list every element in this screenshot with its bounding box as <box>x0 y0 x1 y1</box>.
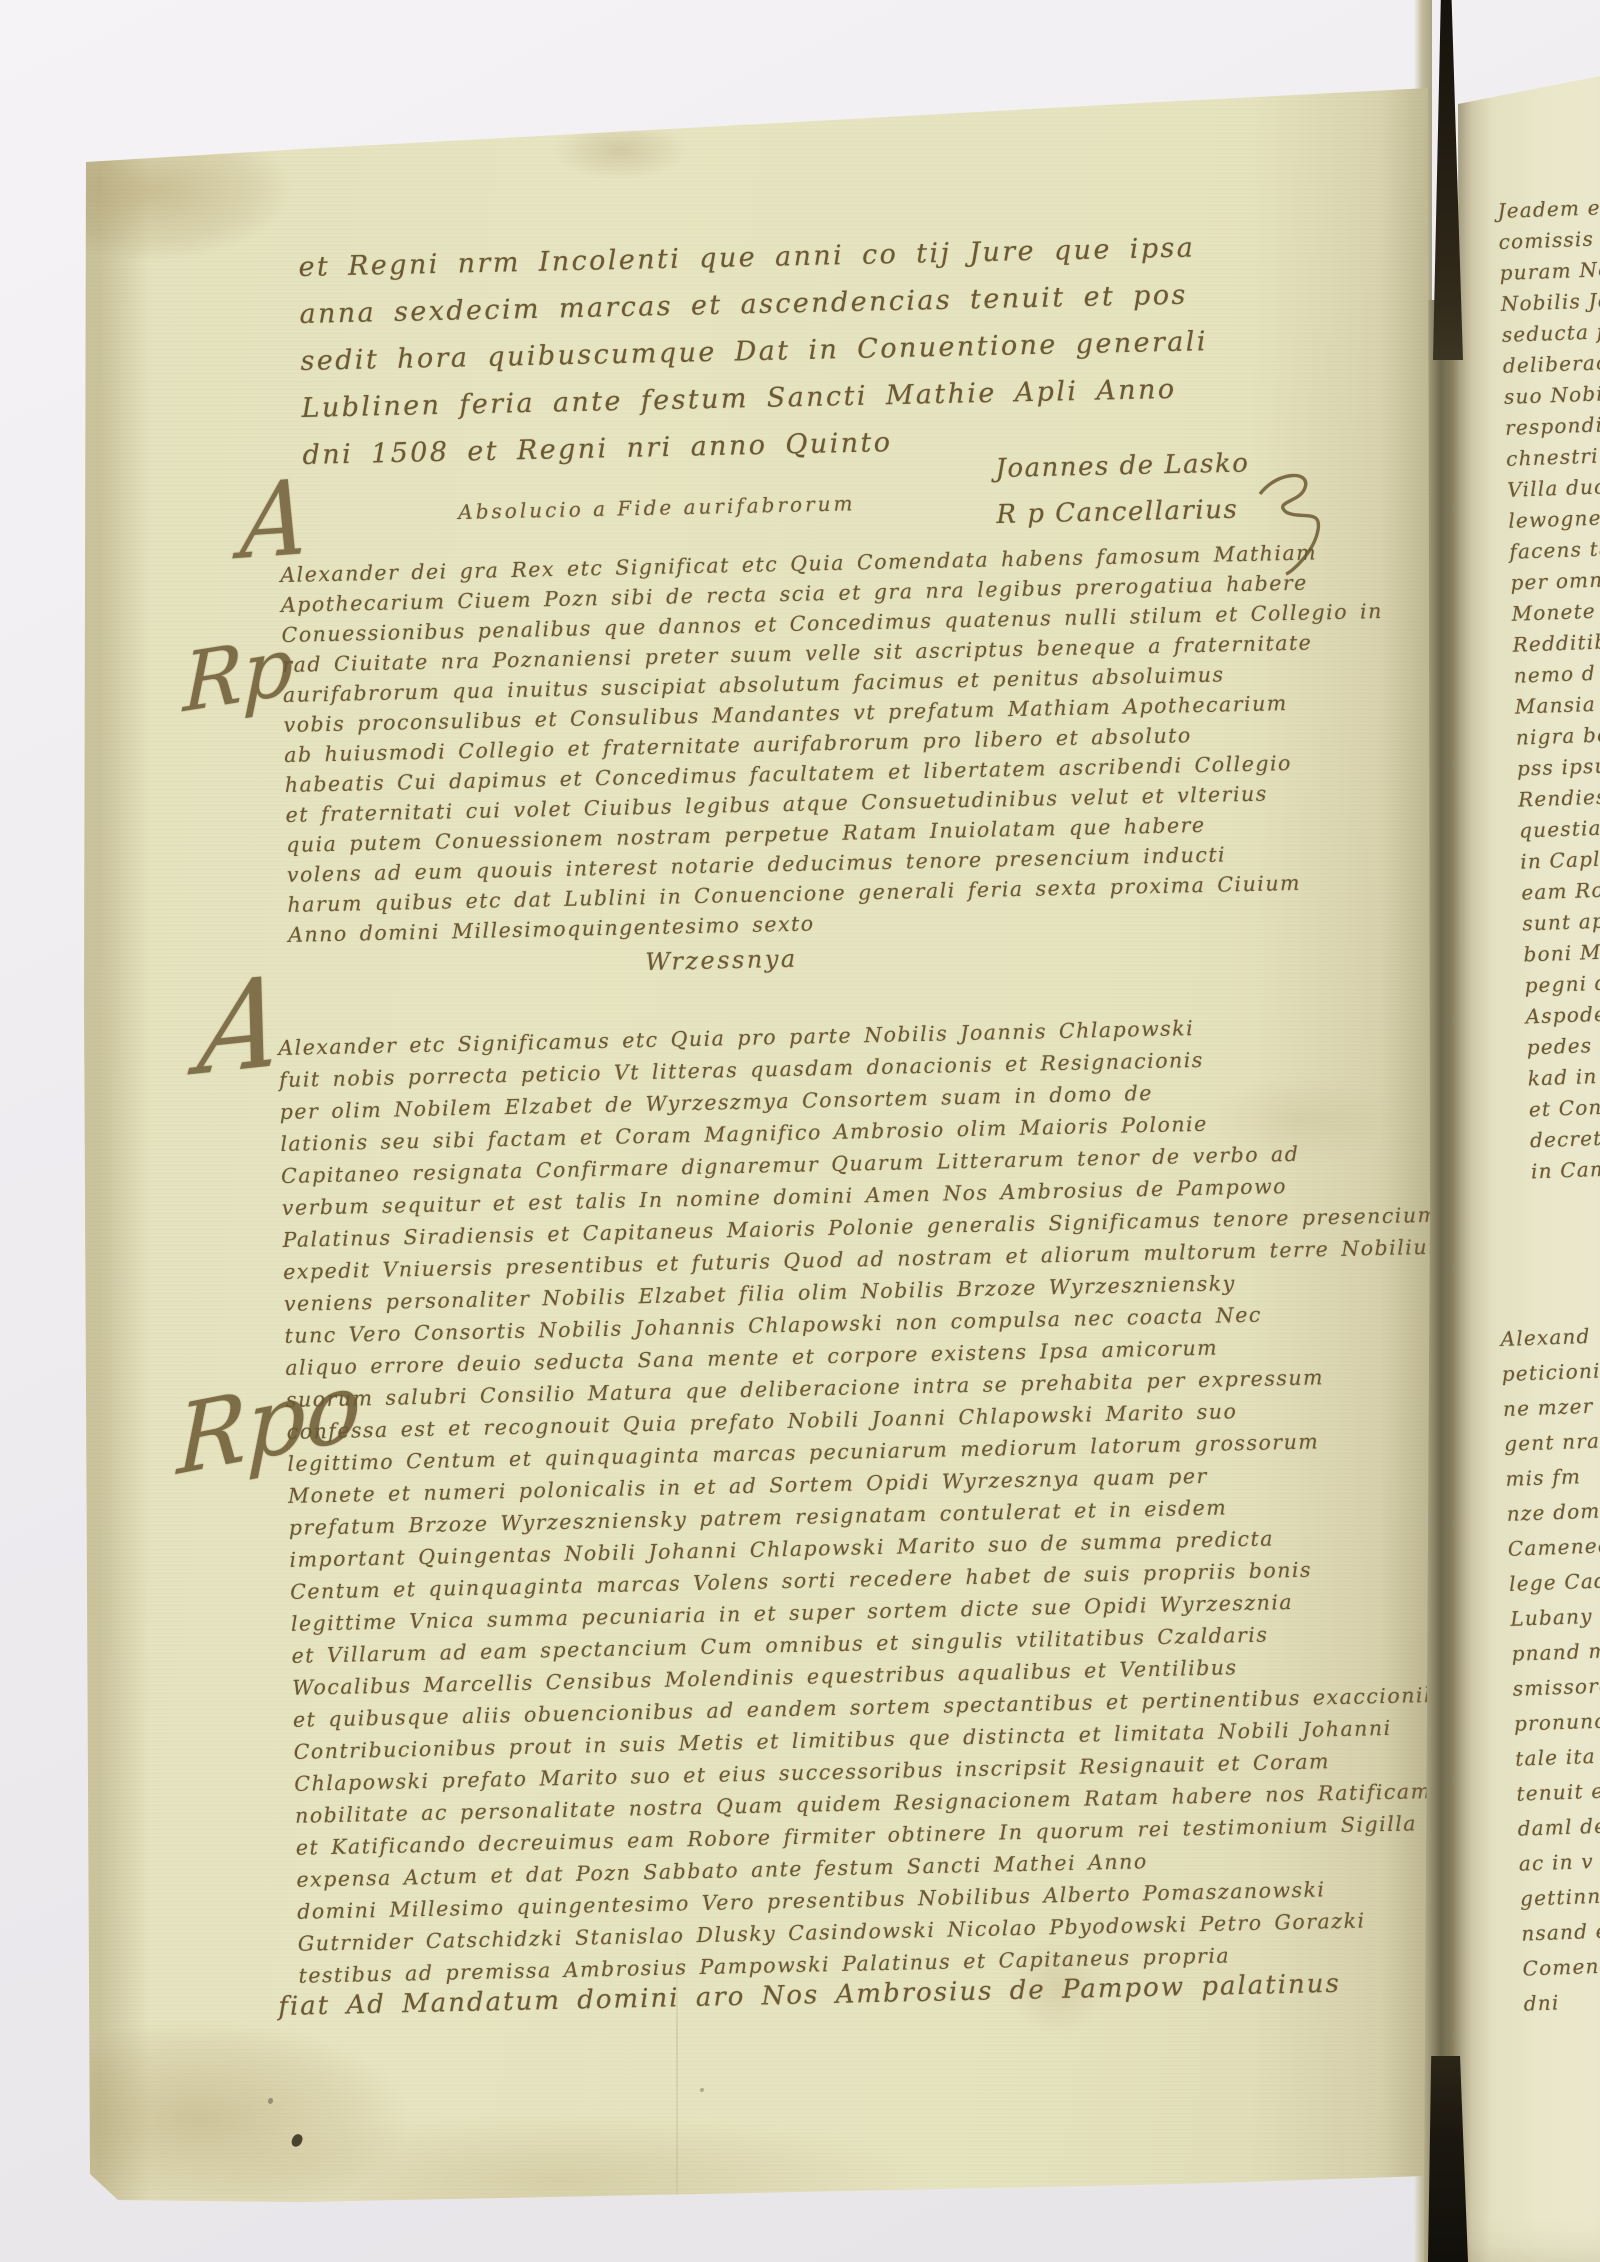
right-page-text-line: Camenec <box>1507 1528 1600 1567</box>
right-page-text-line: Jeadem et Ca <box>1497 191 1600 227</box>
right-page-upper-text: Jeadem et Cacomissis pipuram NoblNobilis… <box>1497 191 1600 1188</box>
right-page-text-line: per omn m <box>1510 563 1600 599</box>
right-page-text-line: pegni de <box>1524 965 1600 1001</box>
right-page-text-line: lewogneby <box>1508 501 1600 537</box>
right-page-text-line: Monete et <box>1511 594 1600 630</box>
right-page-text-line: ne mzer <box>1502 1388 1600 1427</box>
record-entry-2-body: Alexander dei gra Rex etc Significat etc… <box>280 536 1390 950</box>
right-page-text-line: sunt appen <box>1522 903 1600 939</box>
right-page-text-line: mis fm <box>1505 1458 1600 1497</box>
right-page-text-line: et Consum <box>1528 1089 1600 1125</box>
entry-2-margin-mark: Rp <box>182 619 294 731</box>
right-page-text-line: lege Cad <box>1509 1563 1600 1602</box>
right-page-text-line: Nobilis Joha <box>1500 284 1600 320</box>
right-page-lower-text: Alexandpeticionibne mzergent nramis fmnz… <box>1500 1318 1600 2022</box>
right-page-text-line: nemo d <box>1513 655 1600 691</box>
right-page-text-line: nigra beczt <box>1515 717 1600 753</box>
right-page-text-line: Mansia et <box>1514 686 1600 722</box>
right-page-text-line: gettinns <box>1520 1877 1600 1916</box>
right-page-text-line: Villa duce <box>1507 470 1600 506</box>
right-page-text-line: nsand e <box>1521 1912 1600 1951</box>
record-entry-1-body: et Regni nrm Incolenti que anni co tij J… <box>298 224 1210 479</box>
right-page-text-line: in Camer <box>1531 1151 1600 1187</box>
right-page-text-line: eam Robur <box>1521 872 1600 908</box>
right-page-text-line: pnand m <box>1511 1633 1600 1672</box>
right-page-text-line: chnestri et <box>1506 439 1600 475</box>
right-page-text-line: in Capliczk <box>1520 841 1600 877</box>
right-page-text-line: seducta fam <box>1501 315 1600 351</box>
entry-3-initial-letter: A <box>191 950 292 1104</box>
signature-name: Joannes de Lasko <box>995 440 1250 492</box>
signature-title: R p Cancellarius <box>996 486 1251 538</box>
right-page-text-line: suo Nobilem <box>1503 377 1600 413</box>
right-page-text-line: dni <box>1523 1982 1600 2021</box>
right-page-text-line: ac in v <box>1518 1842 1600 1881</box>
entry-3-heading: Wrzessnya <box>645 945 798 976</box>
right-page-text-line: tenuit e <box>1516 1773 1600 1812</box>
right-page-text-line: smissore <box>1512 1668 1600 1707</box>
right-page-text-line: daml de <box>1517 1807 1600 1846</box>
right-page-text-line: deliberacion <box>1502 346 1600 382</box>
right-page-text-line: peticionib <box>1501 1353 1600 1392</box>
manuscript-book-scan: Jeadem et Cacomissis pipuram NoblNobilis… <box>0 0 1600 2262</box>
right-page-text-line: questia <box>1519 810 1600 846</box>
right-page-text-line: facens tam <box>1509 532 1600 568</box>
right-page-text-line: pronuncial <box>1513 1703 1600 1742</box>
ink-speck <box>700 2088 704 2092</box>
right-page-text-line: boni Ma <box>1523 934 1600 970</box>
right-page-text-line: respondita m <box>1505 408 1600 444</box>
right-page-text-line: gent nra <box>1504 1423 1600 1462</box>
ink-speck <box>268 2098 273 2104</box>
manuscript-page-left: et Regni nrm Incolenti que anni co tij J… <box>0 0 1600 2262</box>
chancellor-signature: Joannes de Lasko R p Cancellarius <box>995 440 1251 538</box>
right-page-text-line: Redditibq <box>1512 625 1600 661</box>
right-page-text-line: decreto n <box>1529 1120 1600 1156</box>
right-page-text-line: Alexand <box>1500 1318 1600 1357</box>
right-page-text-line: Comenda <box>1522 1947 1600 1986</box>
entry-2-heading: Absolucio a Fide aurifabrorum <box>458 491 856 524</box>
record-entry-3-body: Alexander etc Significamus etc Quia pro … <box>278 1006 1471 1991</box>
right-page-text-line: kad in d <box>1527 1058 1600 1094</box>
right-page-text-line: Lubany <box>1510 1598 1600 1637</box>
right-page-text-line: pedes at t <box>1526 1027 1600 1063</box>
right-page-text-line: puram Nobl <box>1499 253 1600 289</box>
right-page-text-line: Aspodeski <box>1525 996 1600 1032</box>
right-page-text-line: nze domi <box>1506 1493 1600 1532</box>
right-page-text-line: Rendies Ca <box>1518 779 1600 815</box>
right-page-text-line: comissis pi <box>1498 222 1600 258</box>
right-page-text-line: pss ipsum <box>1516 748 1600 784</box>
right-page-text-line: tale ita <box>1515 1738 1600 1777</box>
ink-speck <box>290 2133 304 2149</box>
